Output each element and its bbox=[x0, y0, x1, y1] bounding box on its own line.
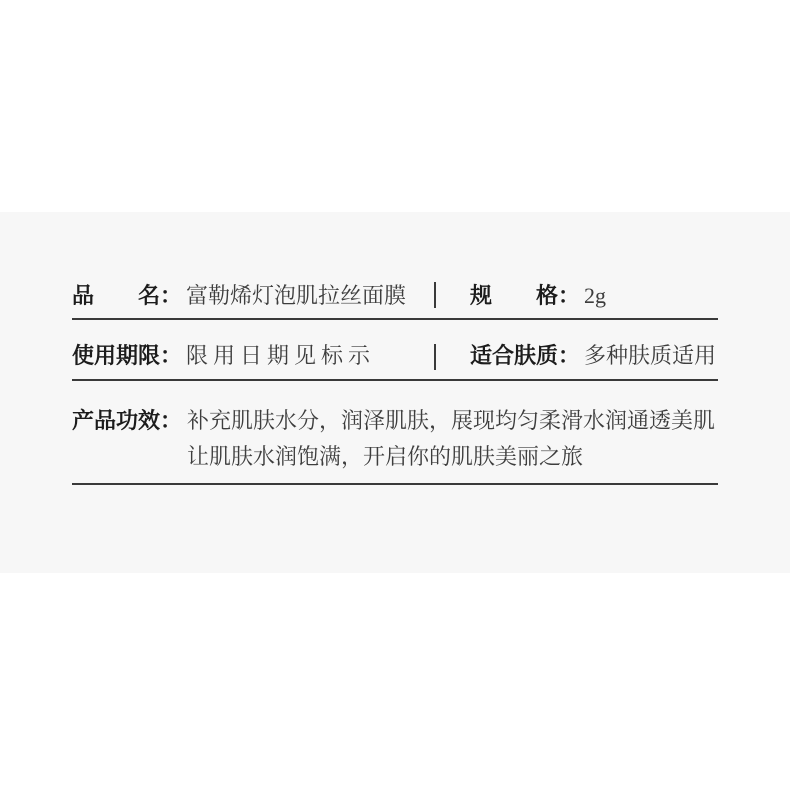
expiry-colon: ： bbox=[160, 343, 182, 368]
spec-row-skin-type: 适合肤质：多种肤质适用 bbox=[470, 344, 716, 368]
size-value: 2g bbox=[584, 283, 606, 308]
spec-row-product-name: 品 名：富勒烯灯泡肌拉丝面膜 bbox=[72, 284, 406, 308]
rule-under-row1 bbox=[72, 318, 718, 320]
expiry-value: 限用日期见标示 bbox=[186, 343, 375, 368]
rule-under-row2 bbox=[72, 379, 718, 381]
product-name-label: 品 名 bbox=[72, 283, 160, 308]
size-colon: ： bbox=[558, 283, 580, 308]
skin-type-colon: ： bbox=[558, 343, 580, 368]
efficacy-value-line1: 补充肌肤水分，润泽肌肤，展现均匀柔滑水润通透美肌 bbox=[187, 403, 715, 439]
efficacy-colon: ： bbox=[160, 408, 182, 433]
spec-row-expiry: 使用期限：限用日期见标示 bbox=[72, 344, 375, 368]
expiry-label: 使用期限 bbox=[72, 343, 160, 368]
efficacy-value-line2: 让肌肤水润饱满，开启你的肌肤美丽之旅 bbox=[187, 439, 715, 475]
skin-type-value: 多种肤质适用 bbox=[584, 343, 716, 368]
product-name-colon: ： bbox=[160, 283, 182, 308]
efficacy-label: 产品功效 bbox=[72, 408, 160, 433]
spec-row-size: 规 格：2g bbox=[470, 284, 606, 308]
skin-type-label: 适合肤质 bbox=[470, 343, 558, 368]
efficacy-label-wrap: 产品功效： bbox=[72, 406, 182, 436]
efficacy-value: 补充肌肤水分，润泽肌肤，展现均匀柔滑水润通透美肌 让肌肤水润饱满，开启你的肌肤美… bbox=[187, 403, 715, 475]
size-label: 规 格 bbox=[470, 283, 558, 308]
product-spec-sheet: 品 名：富勒烯灯泡肌拉丝面膜 规 格：2g 使用期限：限用日期见标示 适合肤质：… bbox=[0, 0, 790, 790]
spec-band-background bbox=[0, 212, 790, 573]
row1-column-divider bbox=[434, 282, 436, 308]
rule-under-row3 bbox=[72, 483, 718, 485]
product-name-value: 富勒烯灯泡肌拉丝面膜 bbox=[186, 283, 406, 308]
row2-column-divider bbox=[434, 344, 436, 370]
